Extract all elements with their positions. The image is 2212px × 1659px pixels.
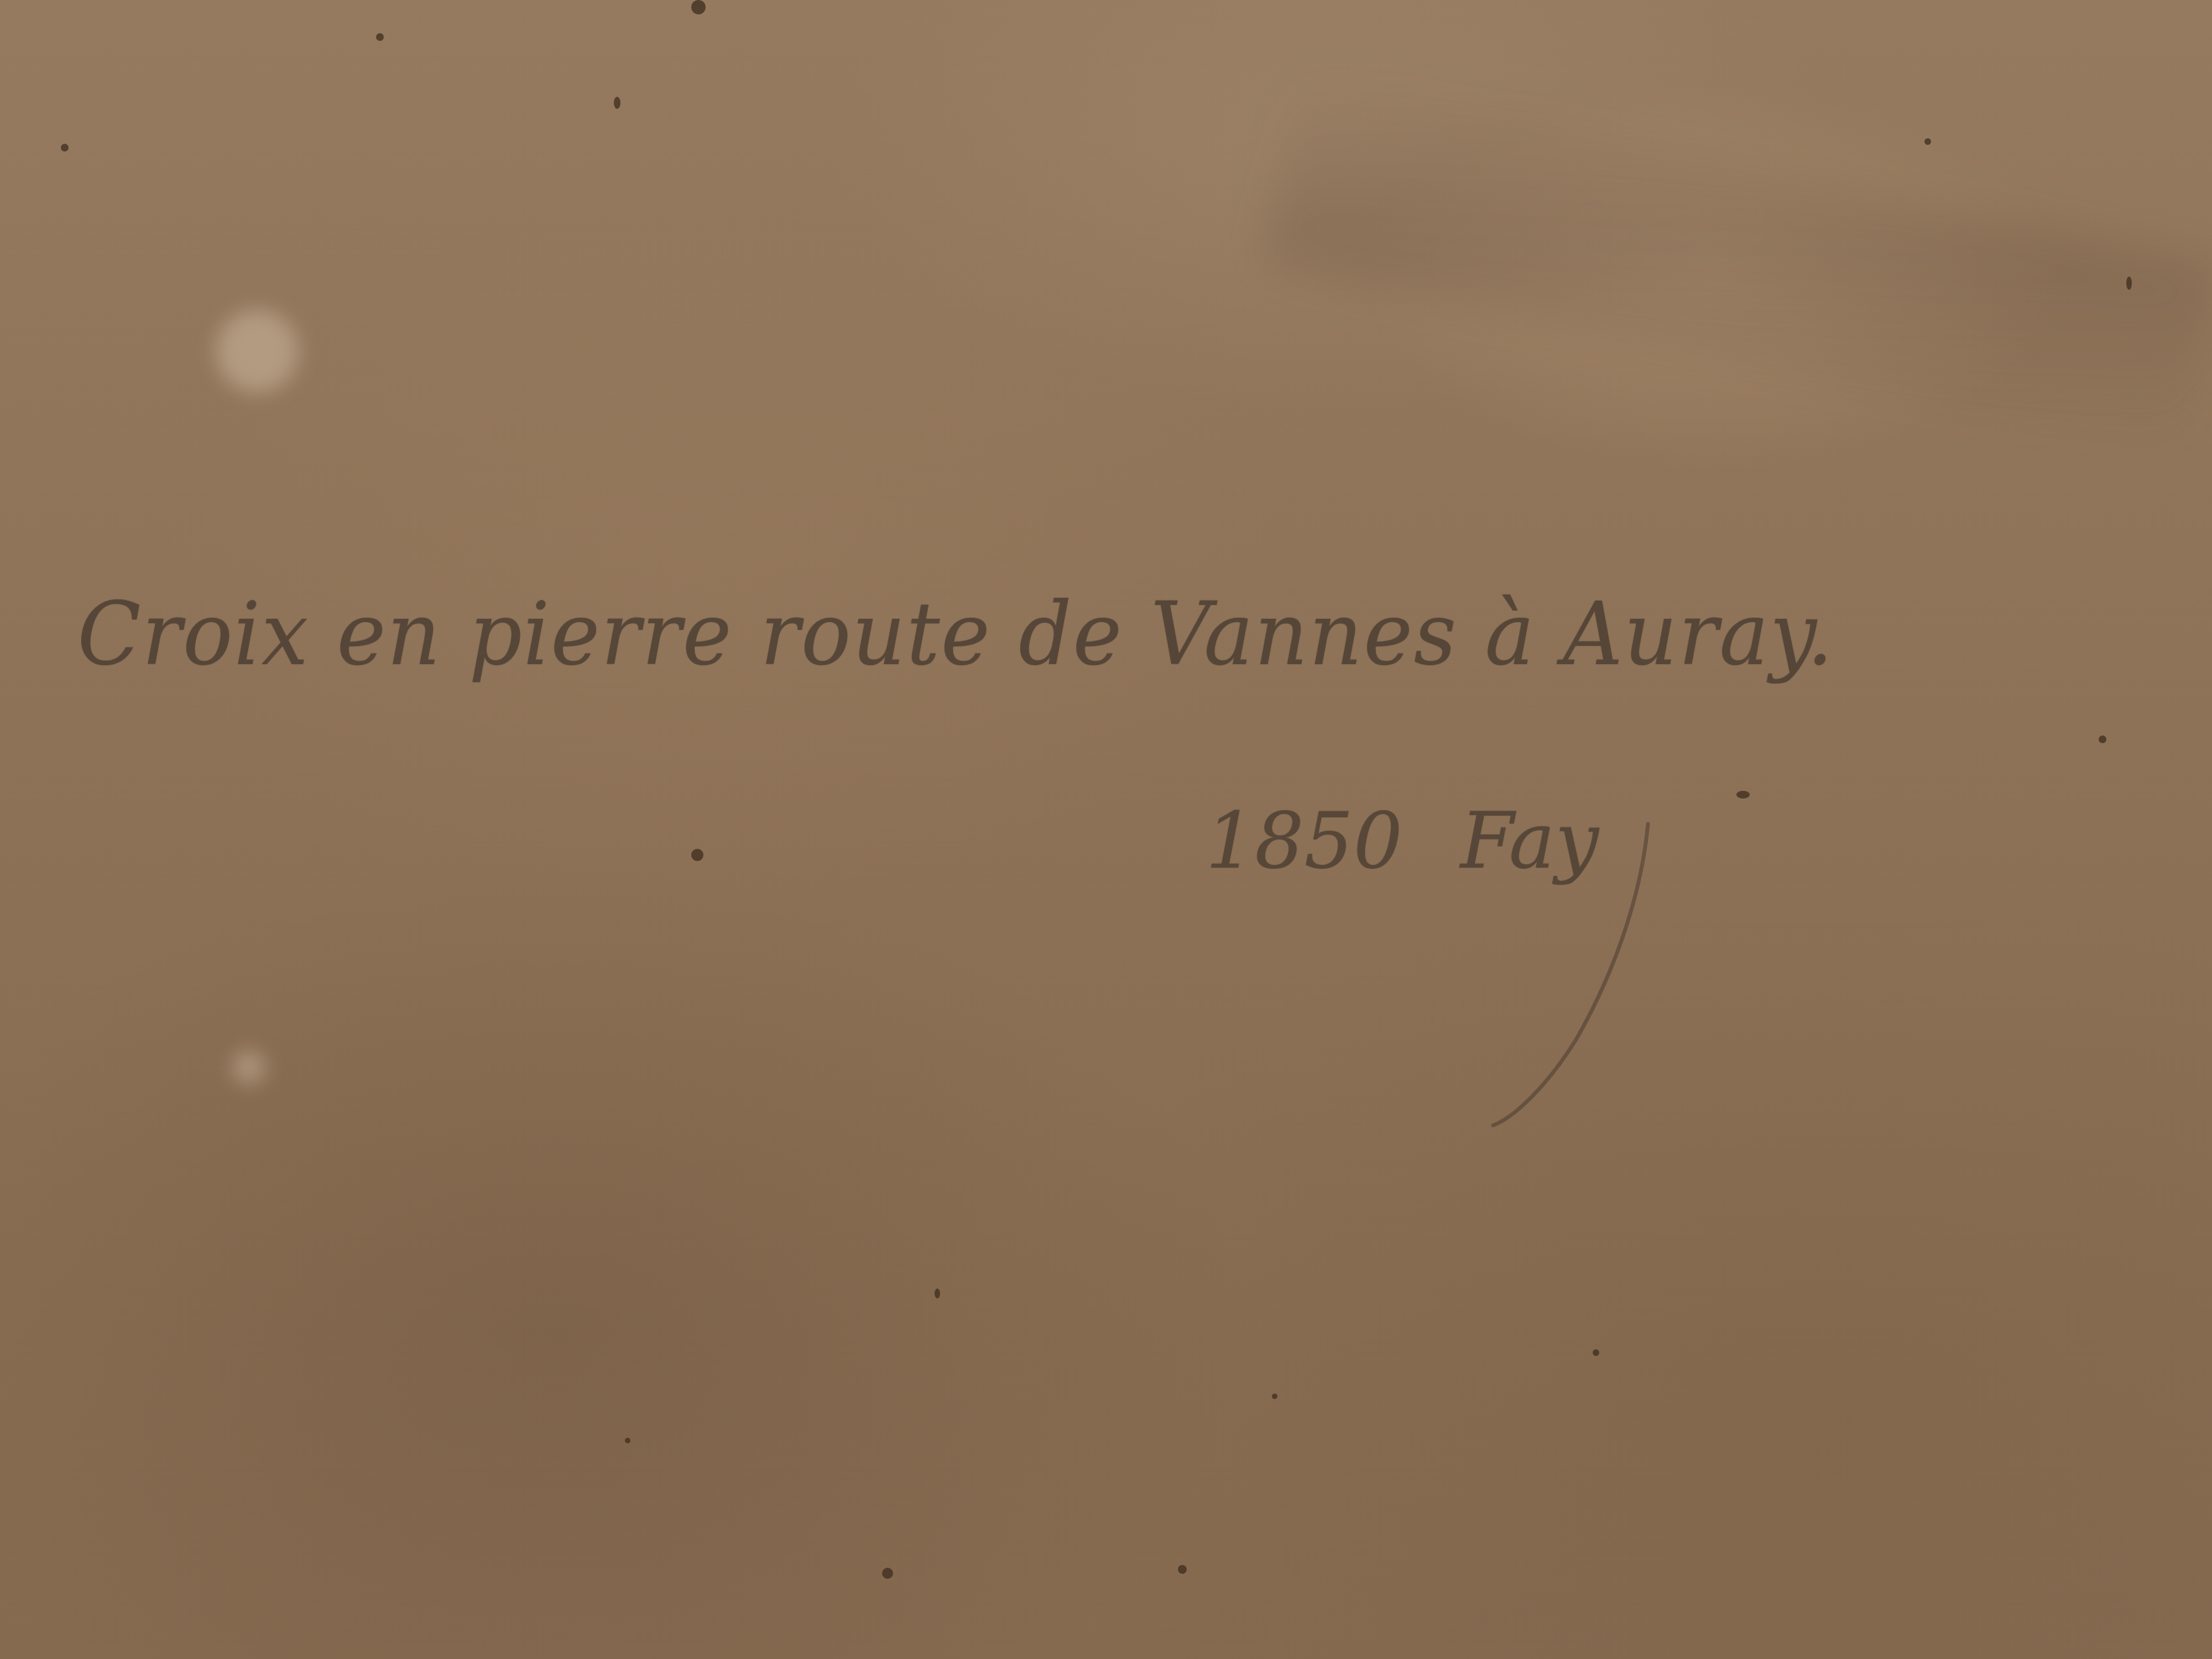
paper-light-spot bbox=[232, 1051, 265, 1084]
aged-paper-sheet: Croix en pierre route de Vannes à Auray.… bbox=[0, 0, 2212, 1659]
paper-speck bbox=[935, 1288, 940, 1298]
paper-speck bbox=[61, 144, 69, 152]
paper-speck bbox=[691, 0, 706, 14]
paper-speck bbox=[376, 33, 384, 41]
paper-speck bbox=[1272, 1394, 1277, 1399]
paper-speck bbox=[2099, 735, 2106, 743]
inscription-main-line: Croix en pierre route de Vannes à Auray. bbox=[77, 584, 1834, 685]
paper-speck bbox=[1178, 1565, 1187, 1574]
paper-speck bbox=[882, 1568, 893, 1579]
paper-speck bbox=[1736, 791, 1750, 799]
paper-speck bbox=[625, 1438, 630, 1443]
paper-speck bbox=[614, 97, 620, 109]
paper-speck bbox=[1593, 1349, 1599, 1356]
paper-speck bbox=[691, 849, 703, 861]
paper-speck bbox=[1924, 138, 1931, 145]
paper-light-spot bbox=[216, 310, 299, 393]
signature-flourish-icon bbox=[1482, 818, 1681, 1128]
paper-speck bbox=[2126, 276, 2132, 290]
inscription-year: 1850 bbox=[1206, 796, 1402, 886]
paper-fold-shadow bbox=[1261, 70, 2212, 461]
